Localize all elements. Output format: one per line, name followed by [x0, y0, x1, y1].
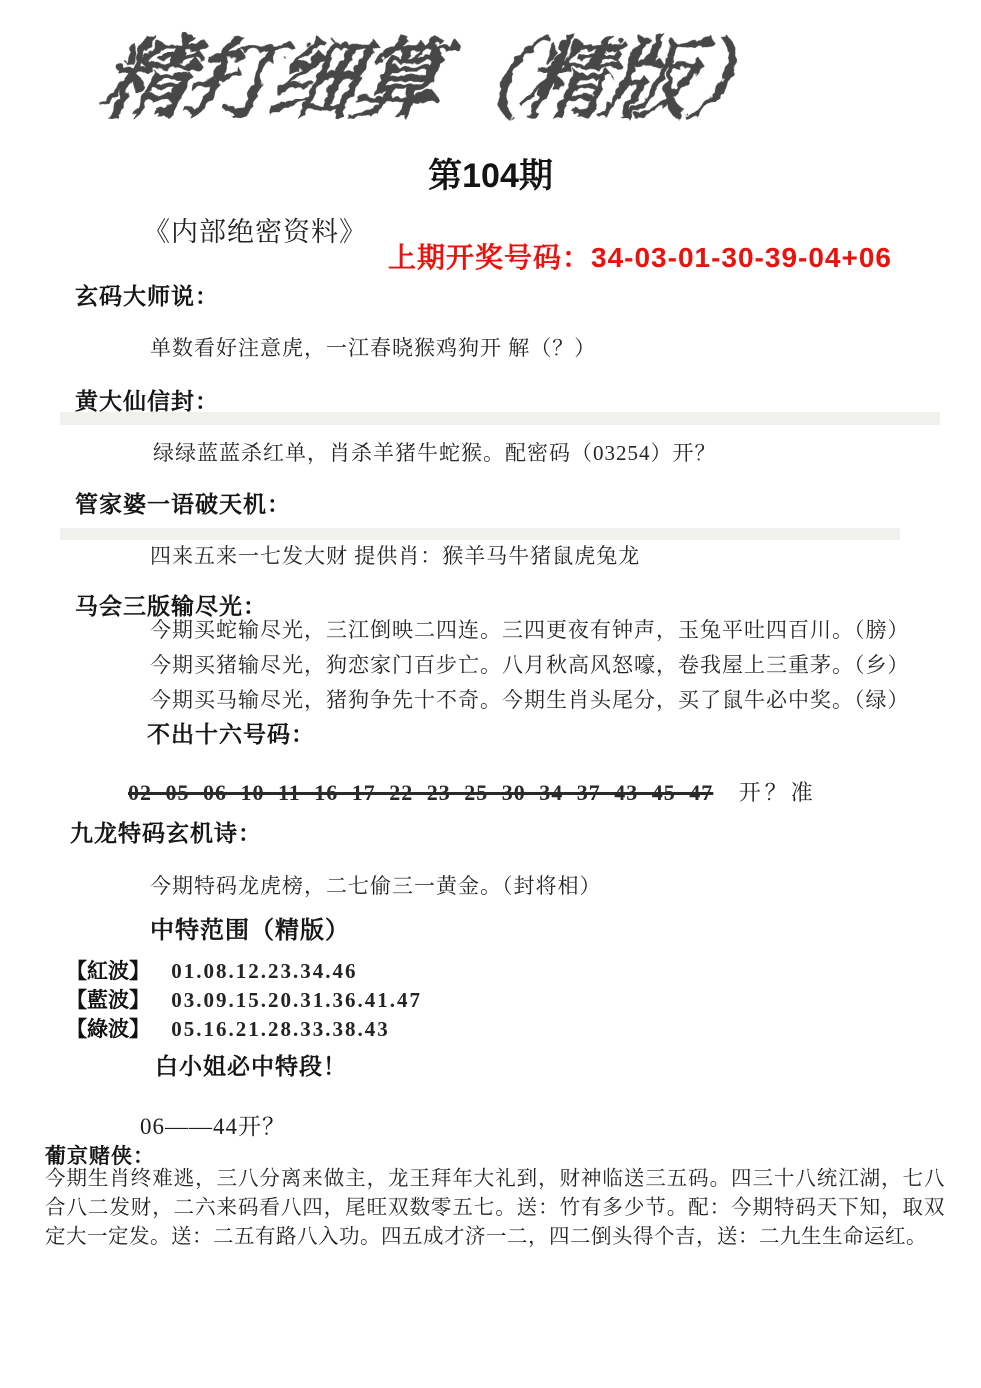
mahui-verse-2: 今期买猪输尽光，狗恋家门百步亡。八月秋高风怒嚎，卷我屋上三重茅。（乡） [150, 649, 910, 679]
masthead-title-text: 精打细算（精版） [90, 31, 782, 128]
lottery-tip-sheet: 精打细算（精版） 第104期 《内部绝密资料》 上期开奖号码：34-03-01-… [0, 0, 981, 1388]
excluded-numbers: 02 05 06 10 11 16 17 22 23 25 30 34 37 4… [128, 780, 713, 805]
green-wave-label: 【綠波】 [66, 1013, 166, 1043]
scan-artifact [60, 528, 900, 540]
excluded-numbers-suffix: 开？准 [739, 780, 817, 805]
last-draw-numbers: 上期开奖号码：34-03-01-30-39-04+06 [388, 236, 892, 276]
blue-wave-label: 【藍波】 [66, 984, 166, 1014]
guanjiapo-verse: 四来五来一七发大财 提供肖：猴羊马牛猪鼠虎兔龙 [150, 540, 640, 570]
masthead-calligraphy: 精打细算（精版） [85, 8, 865, 148]
jiulong-verse: 今期特码龙虎榜，二七偷三一黄金。（封将相） [150, 870, 602, 900]
red-wave-numbers: 01.08.12.23.34.46 [171, 959, 357, 983]
section-heading-jiulong: 九龙特码玄机诗： [70, 815, 262, 848]
section-heading-xuanma: 玄码大师说： [75, 278, 219, 311]
green-wave-numbers: 05.16.21.28.33.38.43 [171, 1017, 390, 1041]
secret-material-label: 《内部绝密资料》 [143, 210, 367, 249]
wave-row-green: 【綠波】 05.16.21.28.33.38.43 [66, 1013, 390, 1043]
pujing-paragraph: 今期生肖终难逃，三八分离来做主，龙王拜年大礼到，财神临送三五码。四三十八统江湖，… [45, 1165, 945, 1252]
zhongte-range-subheading: 中特范围（精版） [150, 910, 350, 945]
wave-row-red: 【紅波】 01.08.12.23.34.46 [66, 955, 358, 985]
blue-wave-numbers: 03.09.15.20.31.36.41.47 [171, 988, 422, 1012]
issue-number: 第104期 [0, 148, 981, 197]
section-heading-huangdaxian: 黄大仙信封： [75, 383, 219, 416]
baixiaojie-heading: 白小姐必中特段！ [155, 1048, 347, 1081]
section-heading-buchu: 不出十六号码： [147, 716, 315, 749]
special-range: 06——44开？ [140, 1108, 286, 1141]
wave-row-blue: 【藍波】 03.09.15.20.31.36.41.47 [66, 984, 422, 1014]
excluded-numbers-row: 02 05 06 10 11 16 17 22 23 25 30 34 37 4… [128, 776, 817, 807]
section-heading-guanjiapo: 管家婆一语破天机： [75, 486, 291, 519]
mahui-verse-1: 今期买蛇输尽光，三江倒映二四连。三四更夜有钟声，玉兔平吐四百川。（膀） [150, 614, 910, 644]
mahui-verse-3: 今期买马输尽光，猪狗争先十不奇。今期生肖头尾分，买了鼠牛必中奖。（绿） [150, 684, 910, 714]
xuanma-verse: 单数看好注意虎，一江春晓猴鸡狗开 解（？） [150, 332, 596, 362]
red-wave-label: 【紅波】 [66, 955, 166, 985]
huangdaxian-verse: 绿绿蓝蓝杀红单，肖杀羊猪牛蛇猴。配密码（03254）开？ [153, 437, 717, 467]
